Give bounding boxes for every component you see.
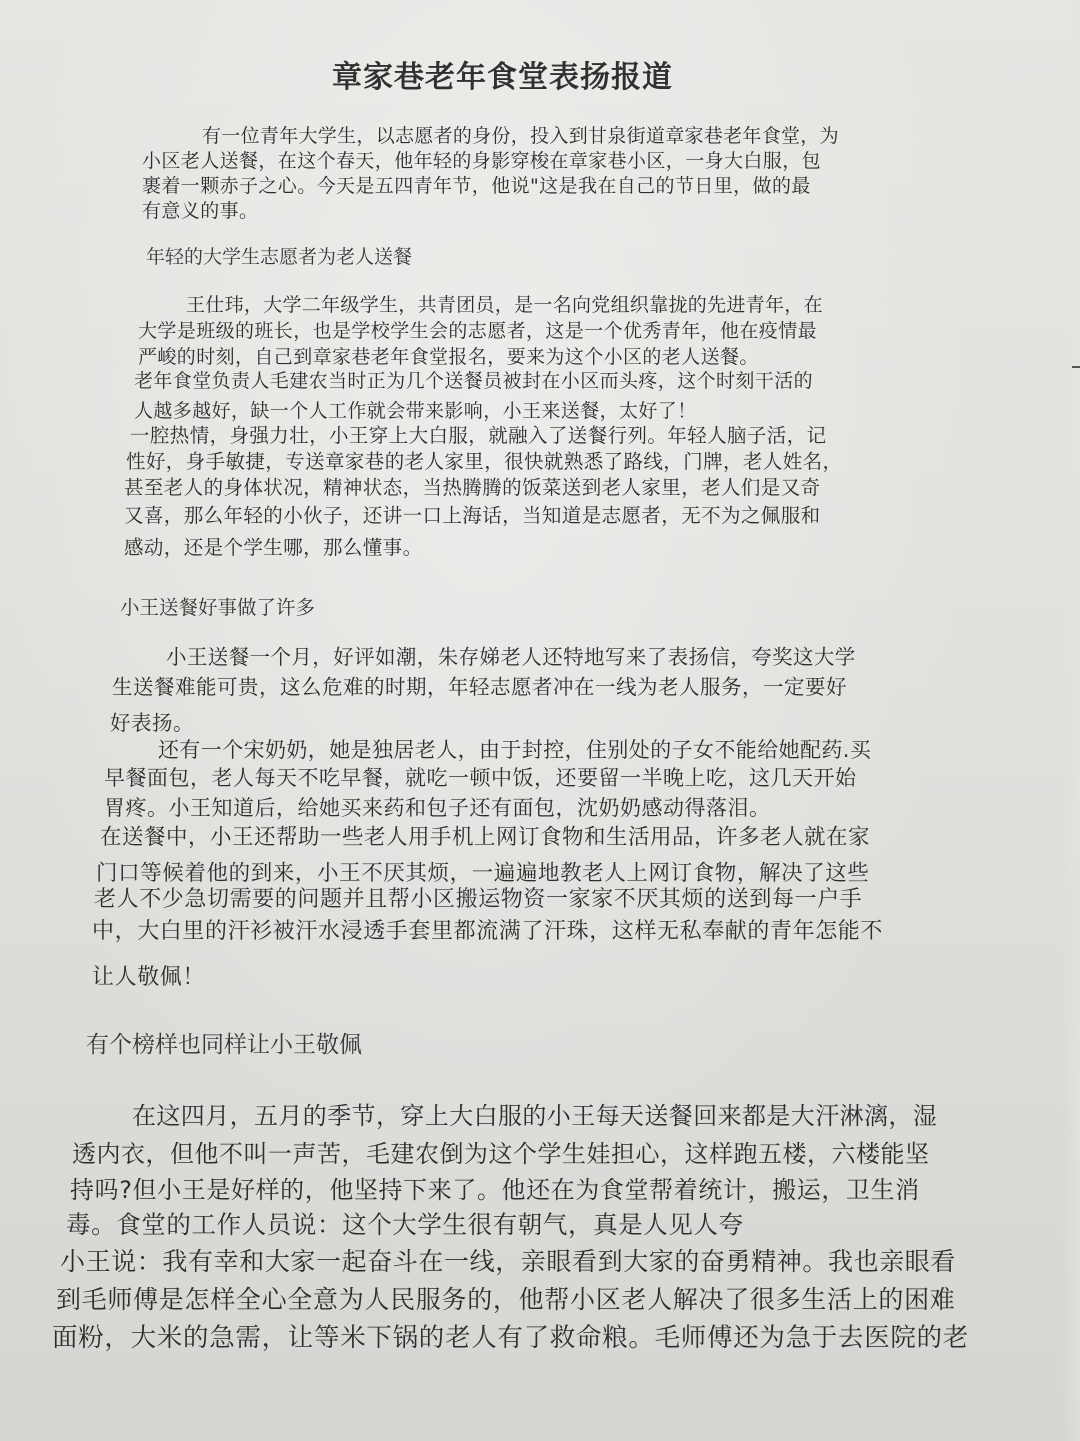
paragraph-line: 胃疼。小王知道后，给她买来药和包子还有面包，沈奶奶感动得落泪。 [104,792,771,822]
paragraph-line: 到毛师傅是怎样全心全意为人民服务的，他帮小区老人解决了很多生活上的困难 [56,1280,956,1316]
paragraph-line: 好表扬。 [110,706,194,736]
paragraph-line: 早餐面包，老人每天不吃早餐，就吃一顿中饭，还要留一半晚上吃，这几天开始 [104,762,857,792]
paragraph-line: 透内衣，但他不叫一声苦，毛建农倒为这个学生娃担心，这样跑五楼，六楼能坚 [72,1134,930,1169]
paragraph-line: 小王说：我有幸和大家一起奋斗在一线，亲眼看到大家的奋勇精神。我也亲眼看 [60,1242,956,1278]
paragraph-line: 在送餐中，小王还帮助一些老人用手机上网订食物和生活用品，许多老人就在家 [100,820,870,851]
paragraph-line: 裹着一颗赤子之心。今天是五四青年节，他说"这是我在自己的节日里，做的最 [142,171,811,198]
paragraph-line: 还有一个宋奶奶，她是独居老人，由于封控，住别处的子女不能给她配药.买 [158,734,871,764]
section-heading: 年轻的大学生志愿者为老人送餐 [146,242,412,269]
paragraph-line: 让人敬佩！ [92,960,205,991]
paper-edge [1062,0,1080,1441]
paragraph-line: 大学是班级的班长，也是学校学生会的志愿者，这是一个优秀青年，他在疫情最 [138,316,817,343]
paragraph-line: 小王送餐一个月，好评如潮，朱存娣老人还特地写来了表扬信，夸奖这大学 [166,640,856,670]
section-heading: 小王送餐好事做了许多 [120,592,315,620]
paragraph-line: 有意义的事。 [142,196,258,223]
paragraph-line: 毒。食堂的工作人员说：这个大学生很有朝气，真是人见人夸 [66,1206,744,1241]
paragraph-line: 严峻的时刻，自己到章家巷老年食堂报名，要来为这个小区的老人送餐。 [138,342,759,369]
paragraph-line: 老人不少急切需要的问题并且帮小区搬运物资一家家不厌其烦的送到每一户手 [94,882,862,913]
paragraph-line: 甚至老人的身体状况，精神状态，当热腾腾的饭菜送到老人家里，老人们是又奇 [124,472,821,500]
paragraph-line: 有一位青年大学生，以志愿者的身份，投入到甘泉街道章家巷老年食堂，为 [202,121,839,148]
paragraph-line: 老年食堂负责人毛建农当时正为几个送餐员被封在小区而头疼，这个时刻干活的 [134,366,813,393]
paragraph-line: 一腔热情，身强力壮，小王穿上大白服，就融入了送餐行列。年轻人脑子活，记 [130,420,827,448]
paragraph-line: 小区老人送餐，在这个春天，他年轻的身影穿梭在章家巷小区，一身大白服，包 [142,146,821,173]
paragraph-line: 人越多越好，缺一个人工作就会带来影响，小王来送餐，太好了！ [134,396,697,423]
edge-mark [1072,366,1080,368]
document-title: 章家巷老年食堂表扬报道 [332,52,673,96]
paragraph-line: 王仕玮，大学二年级学生，共青团员，是一名向党组织靠拢的先进青年，在 [186,290,823,317]
paragraph-line: 生送餐难能可贵，这么危难的时期，年轻志愿者冲在一线为老人服务，一定要好 [112,670,847,700]
paragraph-line: 面粉，大米的急需，让等米下锅的老人有了救命粮。毛师傅还为急于去医院的老 [52,1318,969,1354]
paragraph-line: 又喜，那么年轻的小伙子，还讲一口上海话，当知道是志愿者，无不为之佩服和 [124,500,821,528]
section-heading: 有个榜样也同样让小王敬佩 [86,1026,362,1059]
paragraph-line: 在这四月，五月的季节，穿上大白服的小王每天送餐回来都是大汗淋漓，湿 [132,1096,937,1131]
paragraph-line: 感动，还是个学生哪，那么懂事。 [124,532,423,560]
paragraph-line: 性好，身手敏捷，专送章家巷的老人家里，很快就熟悉了路线，门牌，老人姓名， [126,446,842,474]
paragraph-line: 中，大白里的汗衫被汗水浸透手套里都流满了汗珠，这样无私奉献的青年怎能不 [92,914,883,945]
paragraph-line: 持吗?但小王是好样的，他坚持下来了。他还在为食堂帮着统计，搬运，卫生消 [70,1170,920,1205]
